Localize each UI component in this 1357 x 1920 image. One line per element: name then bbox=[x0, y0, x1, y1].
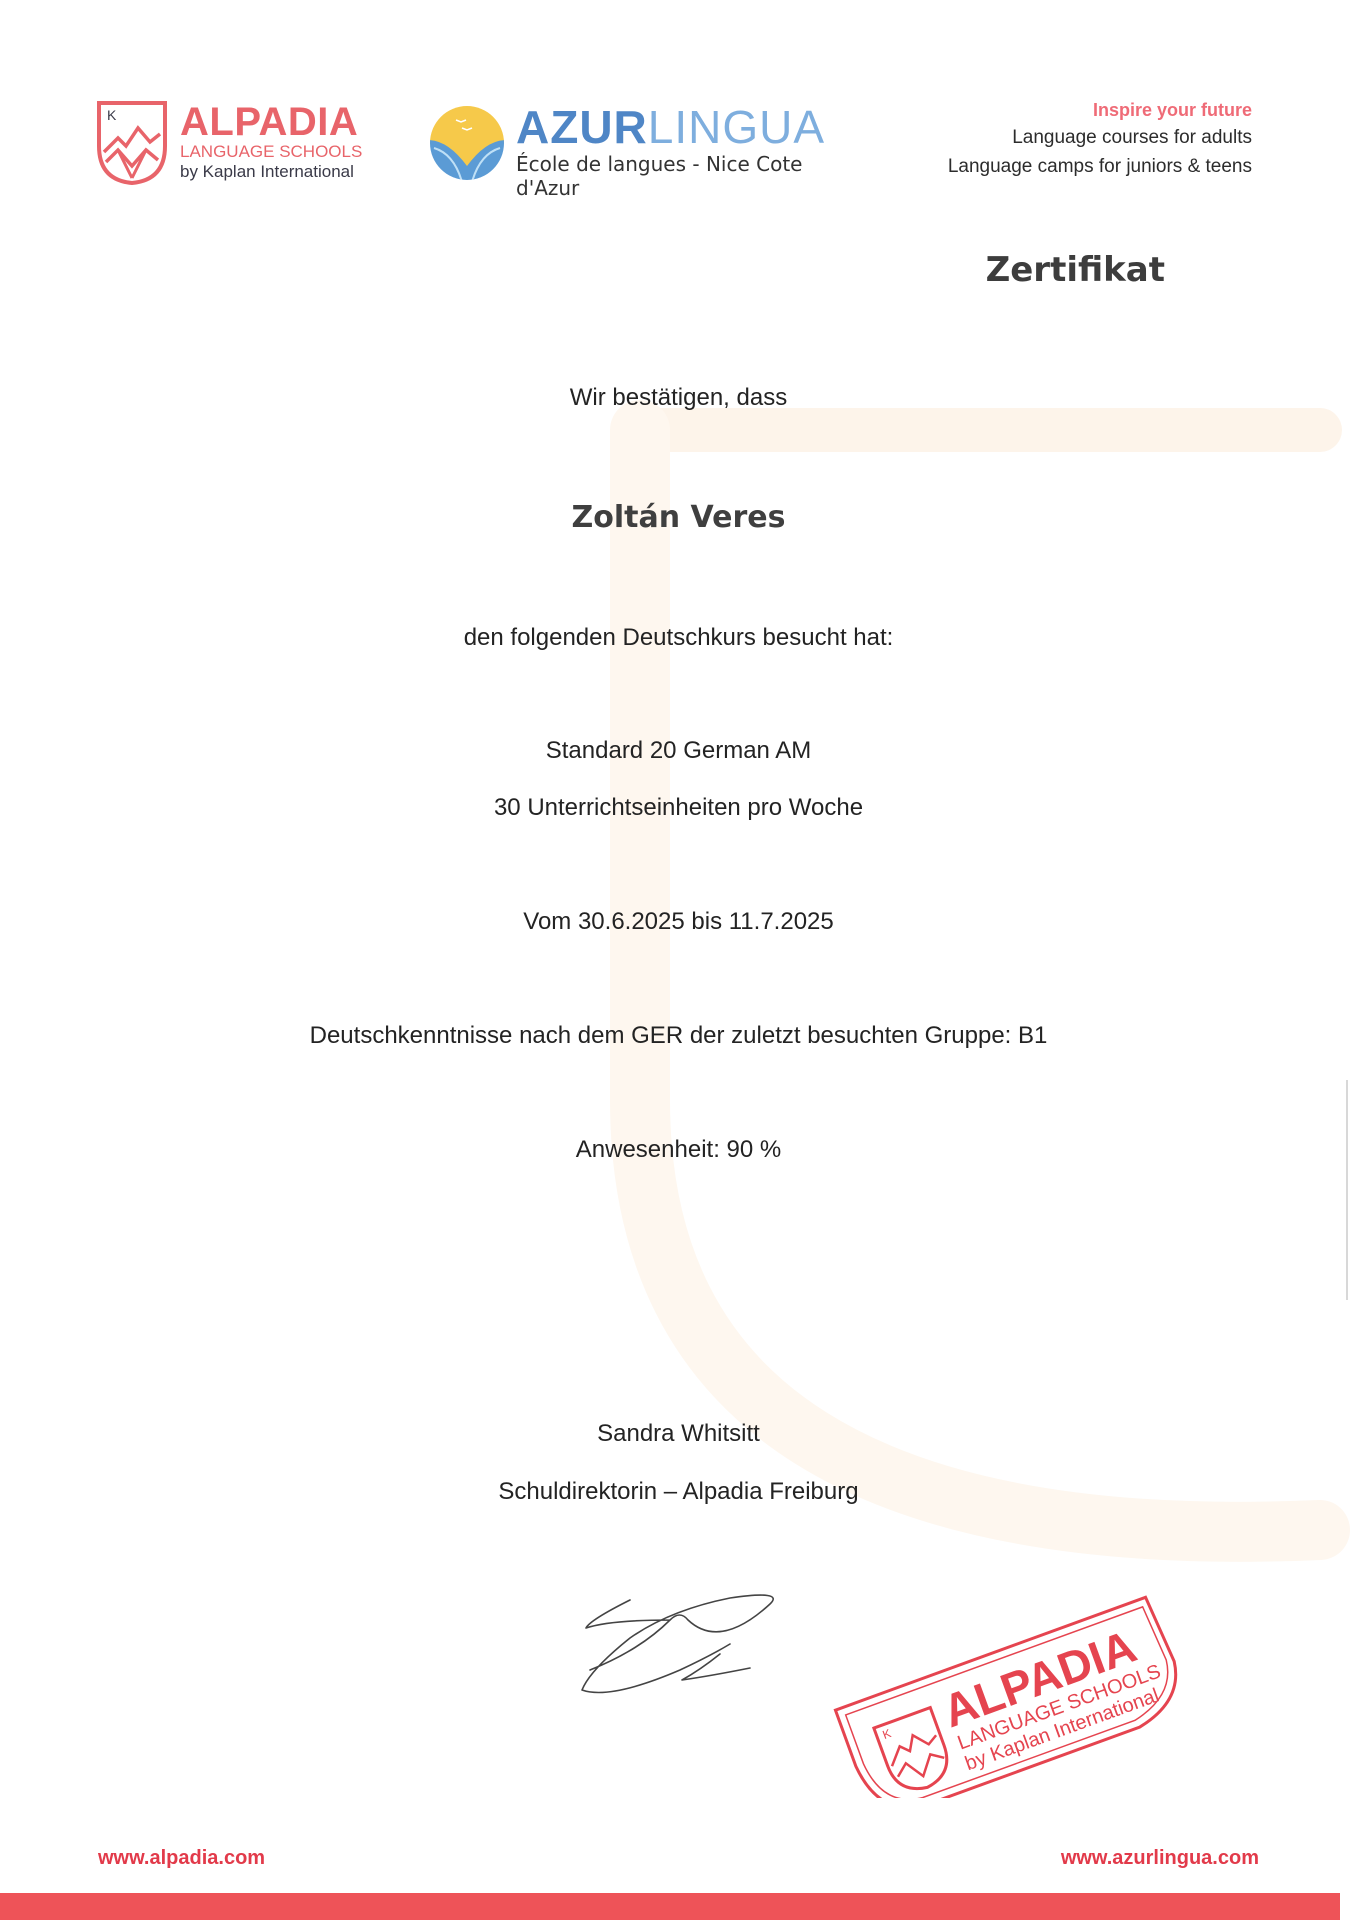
attendance: Anwesenheit: 90 % bbox=[0, 1136, 1357, 1164]
alpadia-stamp: K ALPADIA LANGUAGE SCHOOLS by Kaplan Int… bbox=[818, 1508, 1198, 1798]
tagline-line-juniors: Language camps for juniors & teens bbox=[948, 152, 1252, 181]
header-tagline: Inspire your future Language courses for… bbox=[948, 97, 1252, 181]
azurlingua-sun-sea-icon bbox=[428, 104, 506, 182]
azurlingua-website-link[interactable]: www.azurlingua.com bbox=[1061, 1847, 1259, 1870]
azurlingua-logo: AZURLINGUA École de langues - Nice Cote … bbox=[428, 100, 848, 190]
signatory-name: Sandra Whitsitt bbox=[0, 1420, 1357, 1448]
alpadia-website-link[interactable]: www.alpadia.com bbox=[98, 1847, 265, 1870]
azurlingua-wordmark-light: LINGUA bbox=[648, 101, 825, 153]
azurlingua-subtitle: École de langues - Nice Cote d'Azur bbox=[516, 152, 848, 200]
alpadia-logo: K ALPADIA LANGUAGE SCHOOLS by Kaplan Int… bbox=[96, 100, 376, 190]
document-title: Zertifikat bbox=[986, 250, 1165, 290]
alpadia-by-kaplan: by Kaplan International bbox=[180, 162, 354, 182]
azurlingua-wordmark-bold: AZUR bbox=[516, 101, 648, 153]
alpadia-shield-icon: K bbox=[96, 100, 168, 186]
svg-text:K: K bbox=[107, 107, 117, 123]
lessons-per-week: 30 Unterrichtseinheiten pro Woche bbox=[0, 794, 1357, 822]
certificate-intro: Wir bestätigen, dass bbox=[0, 384, 1357, 412]
alpadia-subtitle: LANGUAGE SCHOOLS bbox=[180, 142, 362, 162]
alpadia-wordmark: ALPADIA bbox=[180, 100, 358, 145]
student-name: Zoltán Veres bbox=[0, 500, 1357, 535]
scan-edge-line bbox=[1346, 1080, 1348, 1300]
footer-color-bar bbox=[0, 1893, 1340, 1920]
course-period: Vom 30.6.2025 bis 11.7.2025 bbox=[0, 908, 1357, 936]
svg-text:K: K bbox=[881, 1726, 893, 1742]
tagline-headline: Inspire your future bbox=[948, 97, 1252, 123]
signatory-role: Schuldirektorin – Alpadia Freiburg bbox=[0, 1478, 1357, 1506]
course-name: Standard 20 German AM bbox=[0, 737, 1357, 765]
signature-image bbox=[570, 1580, 810, 1710]
azurlingua-wordmark: AZURLINGUA bbox=[516, 100, 825, 154]
language-level: Deutschkenntnisse nach dem GER der zulet… bbox=[0, 1022, 1357, 1050]
course-intro: den folgenden Deutschkurs besucht hat: bbox=[0, 624, 1357, 652]
tagline-line-adults: Language courses for adults bbox=[948, 123, 1252, 152]
